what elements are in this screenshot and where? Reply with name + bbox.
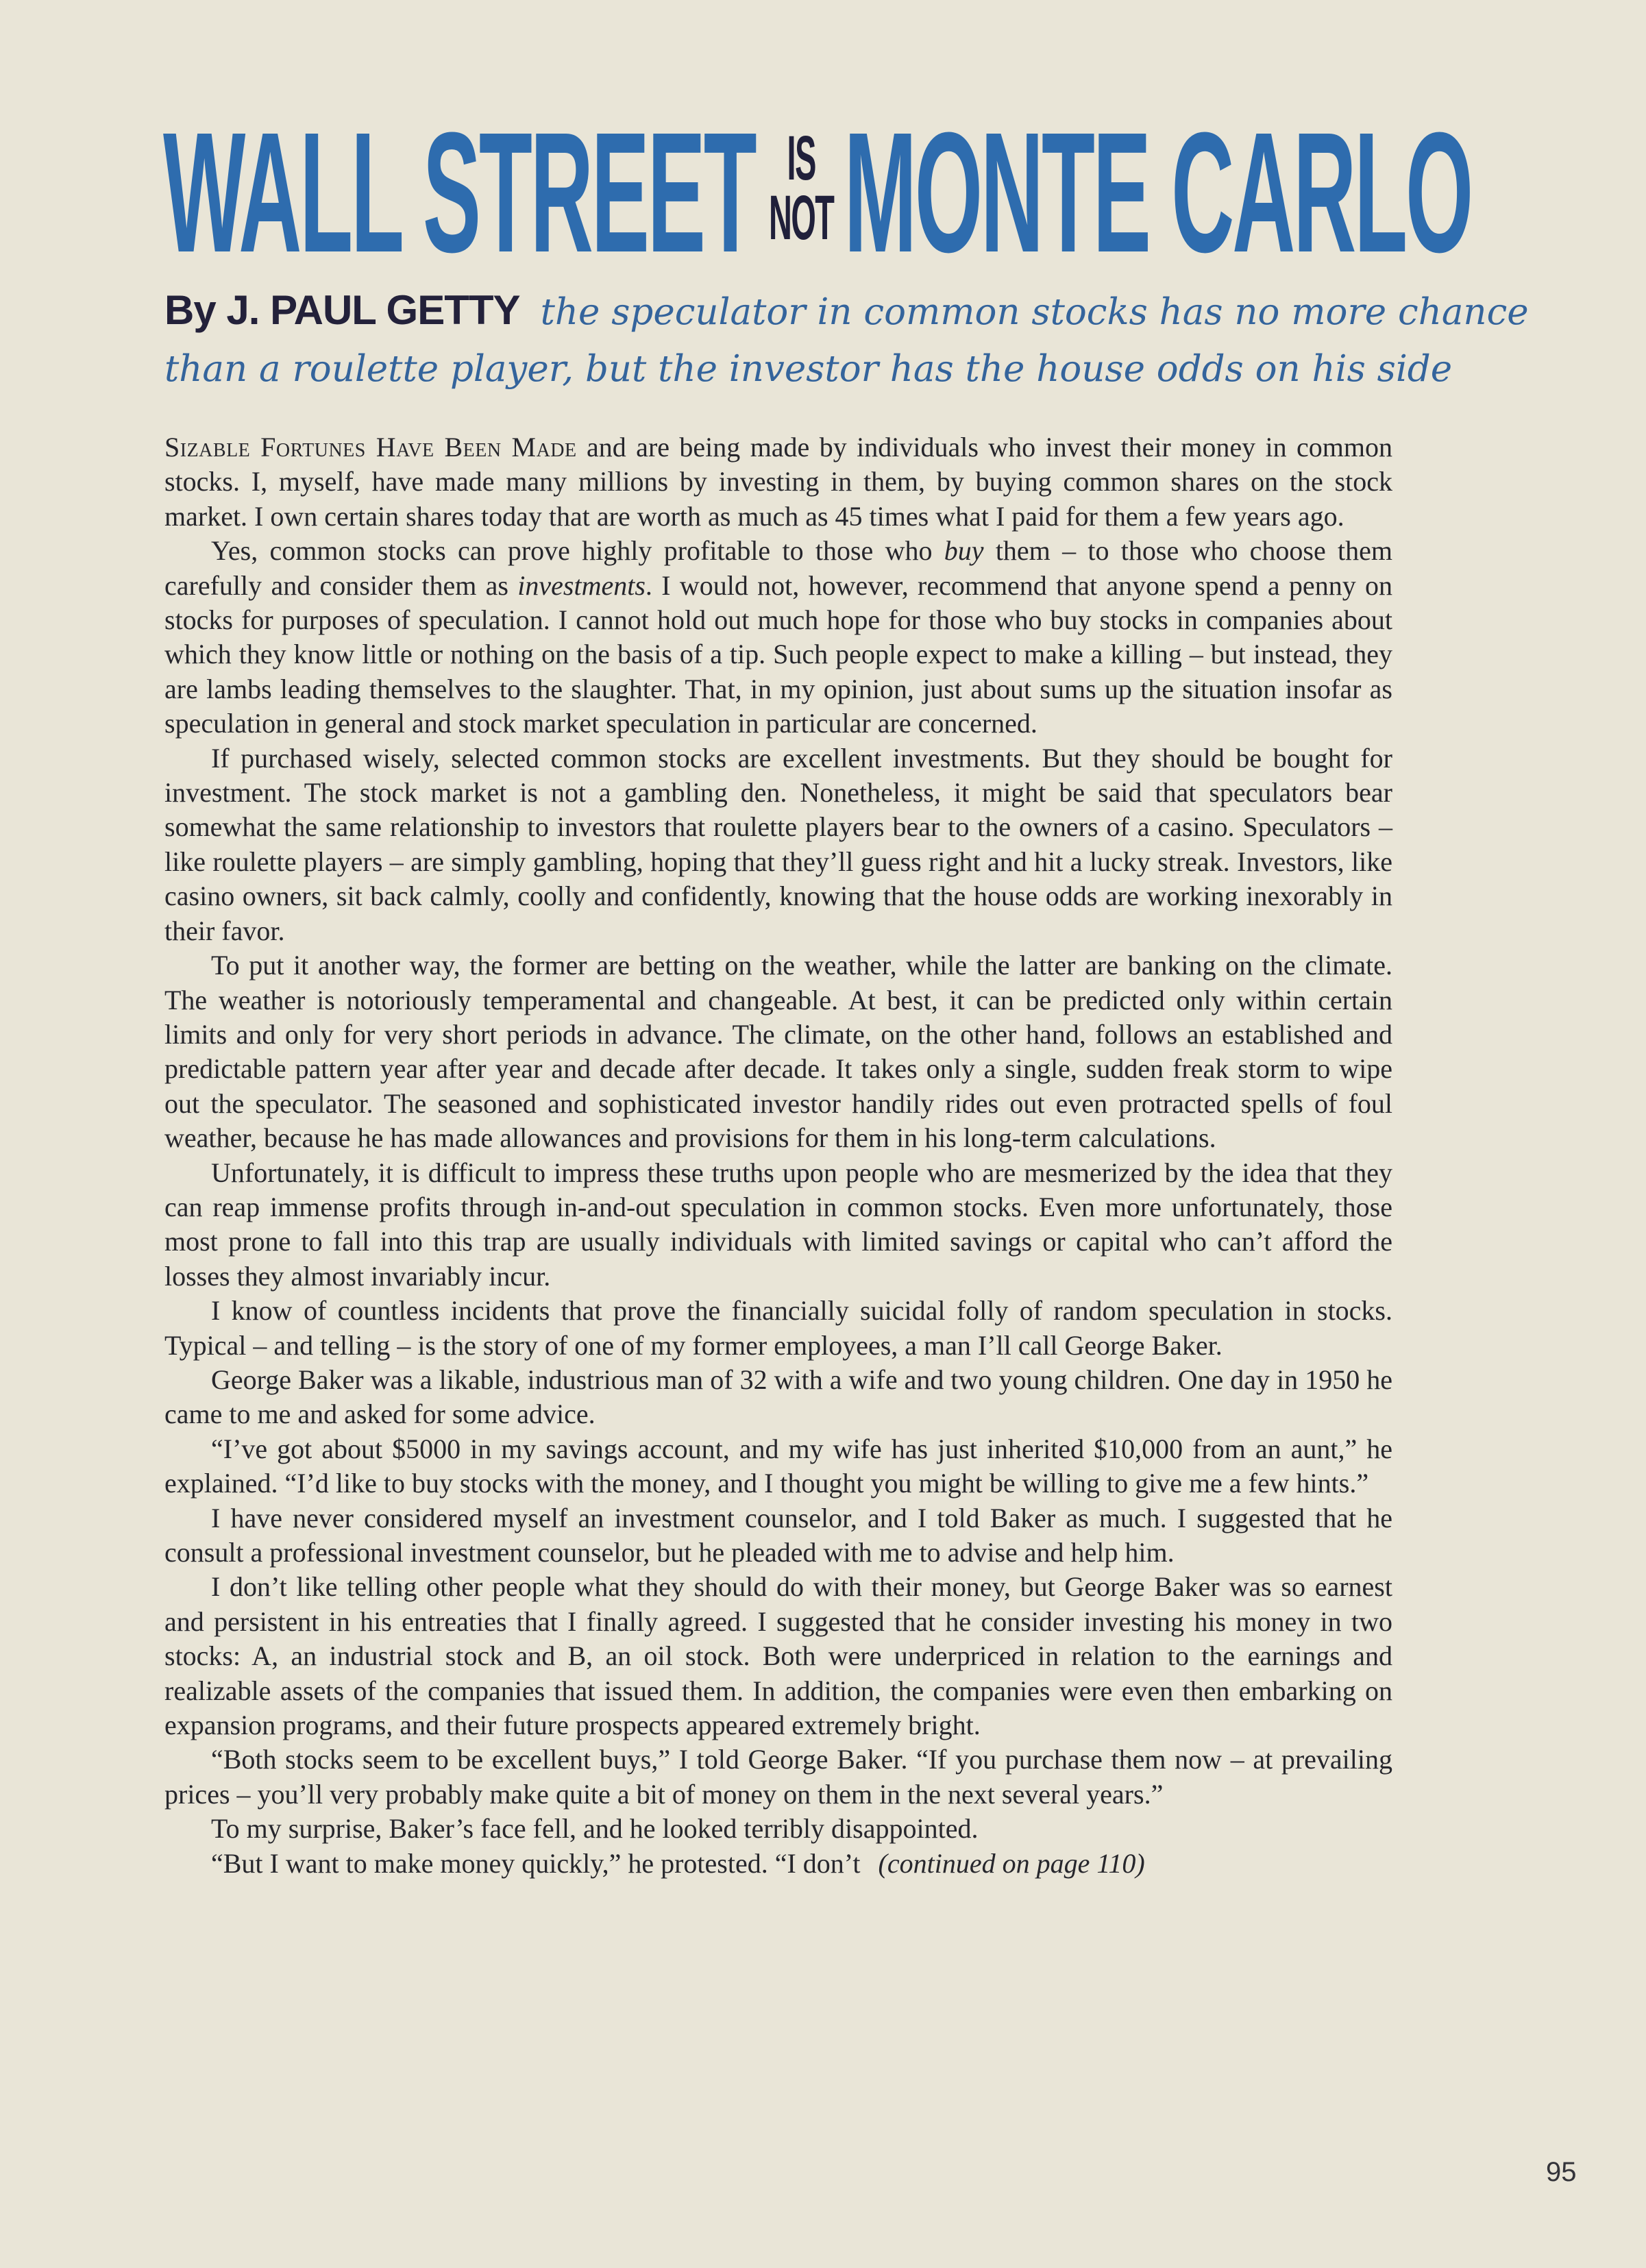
deck-line-2: than a roulette player, but the investor… [164,348,1452,390]
magazine-page: WALL STREET IS NOT MONTE CARLO By J. PAU… [0,0,1646,2268]
deck-line-1: the speculator in common stocks has no m… [541,291,1529,333]
paragraph: Yes, common stocks can prove highly prof… [164,534,1392,741]
paragraph: I know of countless incidents that prove… [164,1294,1392,1363]
text-segment: “But I want to make money quickly,” he p… [211,1848,861,1879]
paragraph: “I’ve got about $5000 in my savings acco… [164,1432,1392,1501]
byline: By J. PAUL GETTYthe speculator in common… [164,286,1529,402]
paragraph: If purchased wisely, selected common sto… [164,741,1392,948]
paragraph: Unfortunately, it is difficult to impres… [164,1156,1392,1294]
text-segment: buy [944,535,984,566]
text-segment: If purchased wisely, selected common sto… [164,743,1392,946]
text-segment: Yes, common stocks can prove highly prof… [211,535,944,566]
text-segment: To my surprise, Baker’s face fell, and h… [211,1813,978,1844]
text-segment: “I’ve got about $5000 in my savings acco… [164,1433,1392,1499]
text-segment: I know of countless incidents that prove… [164,1295,1392,1360]
paragraph: “Both stocks seem to be excellent buys,”… [164,1742,1392,1812]
paragraph: George Baker was a likable, industrious … [164,1363,1392,1432]
text-segment: George Baker was a likable, industrious … [164,1364,1392,1429]
text-segment: Unfortunately, it is difficult to impres… [164,1157,1392,1292]
paragraph: I don’t like telling other people what t… [164,1570,1392,1742]
title-not: NOT [769,188,833,248]
text-segment: “Both stocks seem to be excellent buys,”… [164,1744,1392,1809]
headline-row: WALL STREET IS NOT MONTE CARLO [163,107,897,278]
text-segment: Sizable Fortunes Have Been Made [164,432,577,463]
article-title: WALL STREET IS NOT MONTE CARLO [163,107,1602,292]
title-wall-street: WALL STREET [163,107,755,278]
paragraph: To put it another way, the former are be… [164,948,1392,1155]
paragraph: Sizable Fortunes Have Been Made and are … [164,430,1392,534]
page-number: 95 [1546,2157,1577,2188]
title-monte-carlo: MONTE CARLO [844,107,1471,278]
paragraph: To my surprise, Baker’s face fell, and h… [164,1812,1392,1846]
paragraph: “But I want to make money quickly,” he p… [164,1847,1392,1881]
text-segment: I don’t like telling other people what t… [164,1571,1392,1740]
title-is: IS [787,129,815,188]
text-segment: investments [517,570,646,601]
byline-author: By J. PAUL GETTY [164,287,520,333]
title-is-not: IS NOT [769,107,833,249]
paragraph: I have never considered myself an invest… [164,1501,1392,1570]
text-segment: To put it another way, the former are be… [164,950,1392,1153]
continued-note: (continued on page 110) [879,1848,1145,1879]
article-body: Sizable Fortunes Have Been Made and are … [164,430,1392,1881]
text-segment: I have never considered myself an invest… [164,1503,1392,1568]
